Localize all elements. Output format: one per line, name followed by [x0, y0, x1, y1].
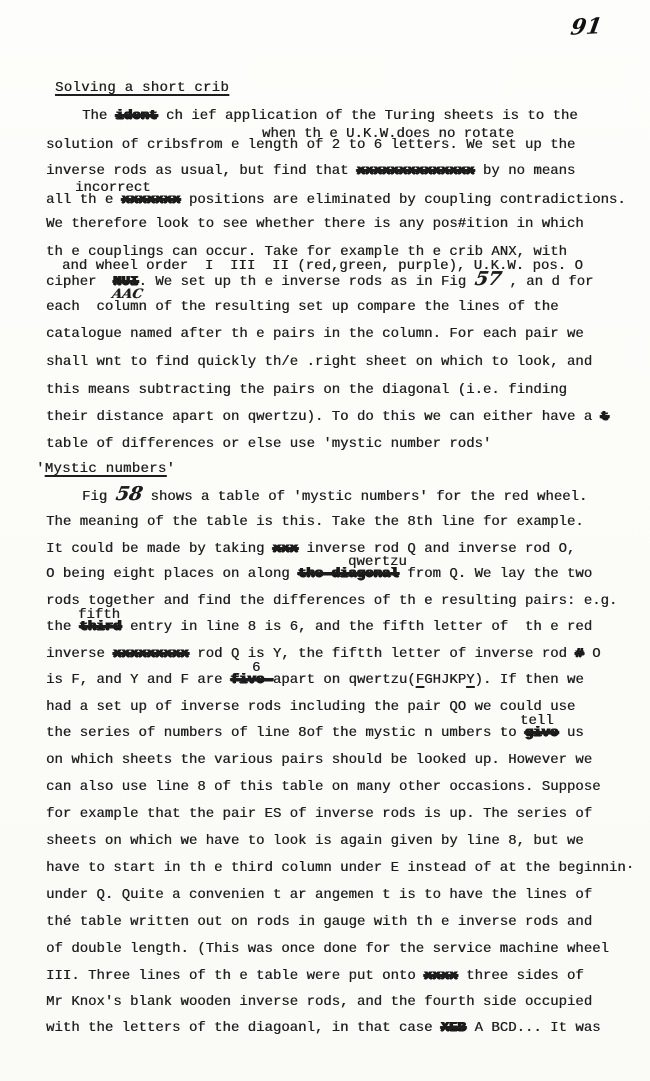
text-line: all th e xxxxxxx positions are eliminate…: [46, 192, 626, 209]
underlined-text: Solving a short crib: [55, 80, 229, 96]
typed-text: apart on qwertzu(: [273, 672, 416, 688]
typed-text: by no means: [474, 163, 575, 179]
text-line: this means subtracting the pairs on the …: [46, 382, 567, 399]
typed-text: It could be made by taking: [46, 541, 273, 557]
typed-text: thé table written out on rods in gauge w…: [46, 914, 592, 930]
typed-text: ': [36, 461, 45, 477]
typed-text: ': [167, 461, 176, 477]
struck-out-text: ident: [116, 108, 158, 124]
typed-text: all th e: [46, 192, 122, 208]
text-line: is F, and Y and F are five apart on qwer…: [46, 672, 584, 689]
text-line: We therefore look to see whether there i…: [46, 216, 584, 233]
scanned-typewritten-page: 91 Solving a short cribThe ident ch ief …: [0, 0, 650, 1081]
typed-text: rods together and find the differences o…: [46, 593, 617, 609]
typed-text: Fig: [82, 489, 116, 505]
typed-text: for example that the pair ES of inverse …: [46, 806, 592, 822]
typed-text: positions are eliminated by coupling con…: [180, 192, 625, 208]
typed-text: entry in line 8 is 6, and the fifth lett…: [122, 619, 592, 635]
text-line: Mr Knox's blank wooden inverse rods, and…: [46, 994, 592, 1011]
typed-text: rod Q is Y, the fiftth letter of inverse…: [189, 646, 575, 662]
typed-text: from Q. We lay the two: [399, 566, 592, 582]
text-line: Fig 58 shows a table of 'mystic numbers'…: [82, 487, 587, 506]
text-line: table of differences or else use 'mystic…: [46, 436, 491, 453]
typed-text: The: [82, 108, 116, 124]
typed-text: had a set up of inverse rods including t…: [46, 699, 575, 715]
text-line: O being eight places on along the diagon…: [46, 566, 592, 583]
typed-text: on which sheets the various pairs should…: [46, 752, 592, 768]
struck-out-text: third: [80, 619, 122, 635]
typed-text: can also use line 8 of this table on man…: [46, 779, 601, 795]
text-line: catalogue named after th e pairs in the …: [46, 326, 584, 343]
typed-text: GHJKP: [424, 672, 466, 688]
text-line: The ident ch ief application of the Turi…: [82, 108, 578, 125]
typed-text: sheets on which we have to look is again…: [46, 833, 584, 849]
typed-text: We therefore look to see whether there i…: [46, 216, 584, 232]
text-line: inverse rods as usual, but find that xxx…: [46, 163, 575, 180]
typed-text: their distance apart on qwertzu). To do …: [46, 409, 601, 425]
underlined-text: Y: [466, 672, 474, 688]
text-line: have to start in th e third column under…: [46, 860, 634, 877]
text-line: under Q. Quite a convenien t ar angemen …: [46, 887, 592, 904]
struck-out-text: xxxxxxxxx: [113, 646, 189, 662]
typed-text: ch ief application of the Turing sheets …: [158, 108, 578, 124]
typed-text: shows a table of 'mystic numbers' for th…: [142, 489, 587, 505]
struck-out-text: XEB: [441, 1020, 466, 1036]
typed-text: Mr Knox's blank wooden inverse rods, and…: [46, 994, 592, 1010]
handwritten-text: 58: [114, 487, 143, 501]
typed-text: three sides of: [458, 968, 584, 984]
typed-text: inverse rods as usual, but find that: [46, 163, 357, 179]
handwritten-page-number: 91: [569, 13, 604, 41]
text-line: with the letters of the diagoanl, in tha…: [46, 1020, 601, 1037]
text-line: shall wnt to find quickly th/e .right sh…: [46, 354, 592, 371]
typed-text: this means subtracting the pairs on the …: [46, 382, 567, 398]
handwritten-text: 57: [473, 272, 502, 286]
text-line: sheets on which we have to look is again…: [46, 833, 584, 850]
typed-text: The meaning of the table is this. Take t…: [46, 514, 584, 530]
struck-out-text: t: [601, 409, 609, 425]
text-line: on which sheets the various pairs should…: [46, 752, 592, 769]
typed-text: shall wnt to find quickly th/e .right sh…: [46, 354, 592, 370]
text-line: rods together and find the differences o…: [46, 593, 617, 610]
typed-text: . We set up th e inverse rods as in Fig: [138, 274, 474, 290]
text-line: their distance apart on qwertzu). To do …: [46, 409, 609, 426]
struck-out-text: xxx: [273, 541, 298, 557]
struck-out-text: the diagonal: [298, 566, 399, 582]
text-line: The meaning of the table is this. Take t…: [46, 514, 584, 531]
struck-out-text: xxxxxxxxxxxxxx: [357, 163, 475, 179]
text-line: can also use line 8 of this table on man…: [46, 779, 601, 796]
text-line: inverse xxxxxxxxx rod Q is Y, the fiftth…: [46, 646, 601, 663]
underlined-text: F: [416, 672, 424, 688]
struck-out-text: five: [231, 672, 273, 688]
typed-text: , an d for: [501, 274, 593, 290]
typed-text: inverse rod Q and inverse rod O,: [298, 541, 575, 557]
typed-text: cipher: [46, 274, 113, 290]
text-line: the series of numbers of line 8of the my…: [46, 725, 584, 742]
typed-text: the series of numbers of line 8of the my…: [46, 725, 525, 741]
typed-text: catalogue named after th e pairs in the …: [46, 326, 584, 342]
underlined-text: Mystic numbers: [45, 461, 167, 477]
typed-text: O being eight places on along: [46, 566, 298, 582]
typed-text: the: [46, 619, 80, 635]
typed-text: of double length. (This was once done fo…: [46, 941, 609, 957]
struck-out-text: #: [575, 646, 583, 662]
text-line: each column of the resulting set up comp…: [46, 299, 558, 316]
text-line: of double length. (This was once done fo…: [46, 941, 609, 958]
text-line: solution of cribsfrom e length of 2 to 6…: [46, 137, 575, 154]
typed-text: have to start in th e third column under…: [46, 860, 634, 876]
struck-out-text: xxxx: [424, 968, 458, 984]
typed-text: under Q. Quite a convenien t ar angemen …: [46, 887, 592, 903]
typed-text: is F, and Y and F are: [46, 672, 231, 688]
section-heading: 'Mystic numbers': [36, 461, 175, 478]
typed-text: each column of the resulting set up comp…: [46, 299, 558, 315]
typed-text: A BCD... It was: [466, 1020, 600, 1036]
typed-text: ). If then we: [475, 672, 584, 688]
typed-text: inverse: [46, 646, 113, 662]
typed-text: III. Three lines of th e table were put …: [46, 968, 424, 984]
text-line: the third entry in line 8 is 6, and the …: [46, 619, 592, 636]
section-heading: Solving a short crib: [55, 80, 229, 97]
typed-text: us: [559, 725, 584, 741]
text-line: It could be made by taking xxx inverse r…: [46, 541, 575, 558]
text-line: thé table written out on rods in gauge w…: [46, 914, 592, 931]
typed-text: solution of cribsfrom e length of 2 to 6…: [46, 137, 575, 153]
struck-out-text: give: [525, 725, 559, 741]
typed-text: with the letters of the diagoanl, in tha…: [46, 1020, 441, 1036]
text-line: had a set up of inverse rods including t…: [46, 699, 575, 716]
typed-text: O: [584, 646, 601, 662]
typed-text: table of differences or else use 'mystic…: [46, 436, 491, 452]
text-line: III. Three lines of th e table were put …: [46, 968, 584, 985]
struck-out-text: xxxxxxx: [122, 192, 181, 208]
text-line: for example that the pair ES of inverse …: [46, 806, 592, 823]
